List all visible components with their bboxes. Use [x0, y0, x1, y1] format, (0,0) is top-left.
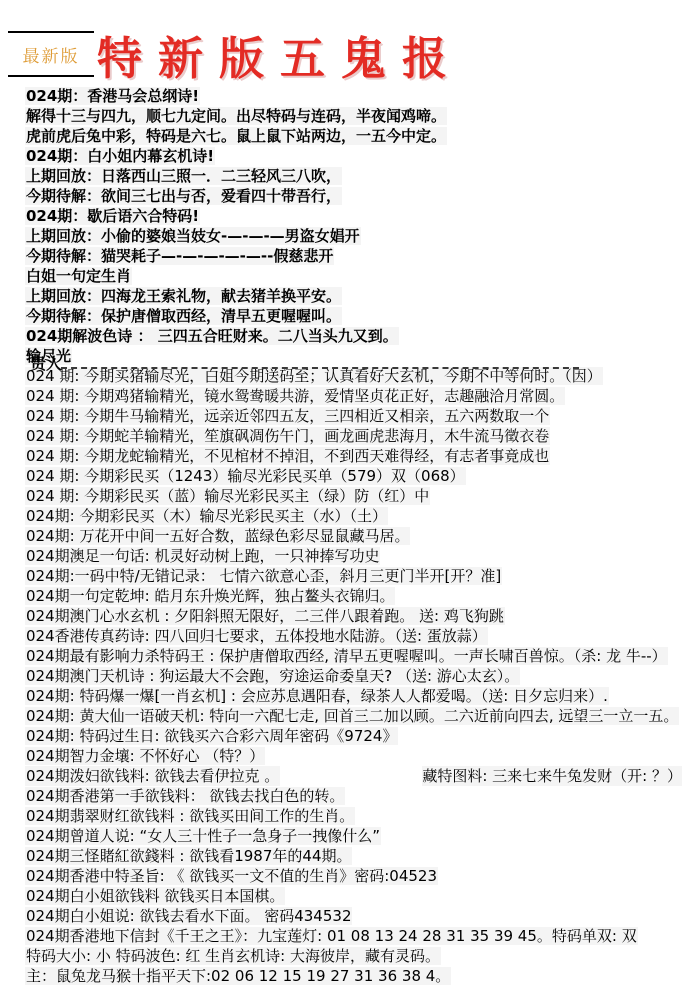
edition-badge: 最新版: [8, 31, 94, 77]
report-line: 今期待解：猫哭耗子—-—-—-—-—--假慈悲开: [25, 246, 684, 266]
report-line: 024期最有影响力杀特码王 : 保护唐僧取西经, 清早五更喔喔叫。一声长啸百兽惊…: [25, 646, 684, 666]
report-line: 024期澳足一句话: 机灵好动树上跑，一只神捧写功史: [25, 546, 684, 566]
report-line-text: 024期泼妇欲钱料: 欲钱去看伊拉克 。: [25, 766, 280, 786]
report-line-text: 024期香港地下信封《千王之王》：九宝莲灯: 01 08 13 24 28 31…: [25, 927, 638, 945]
report-line: 024期解波色诗 ： 三四五合旺财来。二八当头九又到。: [25, 326, 684, 346]
report-line: 024 期: 今期彩民买（1243）输尽光彩民买单（579）双（068）: [25, 466, 684, 486]
report-body: 024期：香港马会总纲诗!解得十三与四九，顺七九定间。出尽特码与连码，半夜闻鸡啼…: [0, 86, 690, 986]
report-line: 024期香港第一手欲钱料： 欲钱去找白色的转。: [25, 786, 684, 806]
report-line-text: 024期翡翠财红欲钱料 : 欲钱买田间工作的生肖。: [25, 807, 355, 825]
report-line: 024期: 今期彩民买（木）输尽光彩民买主（水）（土）: [25, 506, 684, 526]
report-line-text: 024期解波色诗 ： 三四五合旺财来。二八当头九又到。: [25, 327, 399, 345]
report-line: 024期：白小姐内幕玄机诗!: [25, 146, 684, 166]
report-line-text: 024期香港第一手欲钱料： 欲钱去找白色的转。: [25, 787, 345, 805]
report-line: 024 期: 今期彩民买（蓝）输尽光彩民买主（绿）防（红）中: [25, 486, 684, 506]
report-line: 024期一句定乾坤: 皓月东升焕光辉，独占鳌头衣锦归。: [25, 586, 684, 606]
report-line: 024期澳门心水玄机 : 夕阳斜照无限好，二三伴八跟着跑。 送: 鸡飞狗跳: [25, 606, 684, 626]
report-line: 虎前虎后兔中彩，特码是六七。鼠上鼠下站两边，一五今中定。: [25, 126, 684, 146]
report-line: 024 期: 今期牛马输精光，远亲近邻四五友，三四相近又相亲，五六两数取一个: [25, 406, 684, 426]
report-line-text: 白姐一句定生肖: [25, 267, 132, 285]
report-line-text: 024期:一码中特/无错记录： 七情六欲意心歪，斜月三更门半开[开？准]: [25, 567, 502, 585]
report-line-text: 024期智力金壤: 不怀好心 （特？）: [25, 747, 265, 765]
report-line-text: 024期白小姐欲钱料 欲钱买日本国棋。: [25, 887, 285, 905]
report-line: 024期: 万花开中间一五好合数，蓝绿色彩尽显鼠藏马居。: [25, 526, 684, 546]
report-line-text: 024期澳门心水玄机 : 夕阳斜照无限好，二三伴八跟着跑。 送: 鸡飞狗跳: [25, 607, 505, 625]
report-line-text: 024期：香港马会总纲诗!: [25, 87, 200, 105]
report-line-text: 024 期: 今期买猪输尽光，白姐今期送码至；认真看好大玄机，今期不中等何时。（…: [25, 367, 603, 385]
report-line-text: 024 期: 今期龙蛇输精光，不见棺材不掉泪，不到西天难得经，有志者事竟成也: [25, 447, 550, 465]
report-line: 特码大小: 小 特码波色: 红 生肖玄机诗: 大海彼岸，藏有灵码。: [25, 946, 684, 966]
report-line-text: 024期澳足一句话: 机灵好动树上跑，一只神捧写功史: [25, 547, 380, 565]
report-line-text: 上期回放：日落西山三照一．二三轻风三八吹，: [25, 167, 342, 185]
report-line-text: 上期回放：四海龙王索礼物，献去猪羊换平安。: [25, 287, 342, 305]
report-line: 024期香港地下信封《千王之王》：九宝莲灯: 01 08 13 24 28 31…: [25, 926, 684, 946]
report-line-text: 024期香港中特圣旨: 《 欲钱买一文不值的生肖》密码:04523: [25, 867, 438, 885]
report-line: 024期:一码中特/无错记录： 七情六欲意心歪，斜月三更门半开[开？准]: [25, 566, 684, 586]
report-line-text: 今期待解：猫哭耗子—-—-—-—-—--假慈悲开: [25, 247, 334, 265]
report-line-text: 特码大小: 小 特码波色: 红 生肖玄机诗: 大海彼岸，藏有灵码。: [25, 947, 441, 965]
report-line-text: 024期：歇后语六合特码!: [25, 207, 200, 225]
report-line: 今期待解：保护唐僧取西经，清早五更喔喔叫。: [25, 306, 684, 326]
report-line: 024期: 特码爆一爆[一肖玄机] : 会应苏息遇阳春，绿茶人人都爱喝。（送: …: [25, 686, 684, 706]
report-line-text: 024 期: 今期彩民买（蓝）输尽光彩民买主（绿）防（红）中: [25, 487, 430, 505]
report-line: 024期白小姐说: 欲钱去看水下面。 密码434532: [25, 906, 684, 926]
report-line: 024期: 黄大仙一语破天机: 特向一六配七走, 回首三二加以顾。二六近前向四去…: [25, 706, 684, 726]
dashed-rule: [61, 367, 579, 369]
report-line: 024 期: 今期蛇羊输精光，笙旗砜凋伤午门，画龙画虎悲海月，木牛流马徵衣卷: [25, 426, 684, 446]
report-line-text: 虎前虎后兔中彩，特码是六七。鼠上鼠下站两边，一五今中定。: [25, 127, 447, 145]
report-line-text: 024期曾道人说: “女人三十性子一急身子一拽像什么”: [25, 827, 381, 845]
report-line-text: 024 期: 今期彩民买（1243）输尽光彩民买单（579）双（068）: [25, 467, 466, 485]
report-line-text: 024期三怪賭紅欲錢料 : 欲钱看1987年的44期。: [25, 847, 352, 865]
report-line-text: 024 期: 今期蛇羊输精光，笙旗砜凋伤午门，画龙画虎悲海月，木牛流马徵衣卷: [25, 427, 550, 445]
report-line: 上期回放：日落西山三照一．二三轻风三八吹，: [25, 166, 684, 186]
report-line-text: 024期: 黄大仙一语破天机: 特向一六配七走, 回首三二加以顾。二六近前向四去…: [25, 707, 679, 725]
report-line: 024期：香港马会总纲诗!: [25, 86, 684, 106]
report-line: 今期待解：欲间三七出与否，爱看四十带吾行，: [25, 186, 684, 206]
report-line-text: 024期：白小姐内幕玄机诗!: [25, 147, 215, 165]
report-line: 024期香港中特圣旨: 《 欲钱买一文不值的生肖》密码:04523: [25, 866, 684, 886]
report-line-text: 024 期: 今期牛马输精光，远亲近邻四五友，三四相近又相亲，五六两数取一个: [25, 407, 550, 425]
report-line: 024期泼妇欲钱料: 欲钱去看伊拉克 。藏特图料: 三来七来牛兔发财（开: ？）: [25, 766, 684, 786]
report-line: 主：鼠兔龙马猴十指平天下:02 06 12 15 19 27 31 36 38 …: [25, 966, 684, 986]
report-line-text: 024期: 今期彩民买（木）输尽光彩民买主（水）（土）: [25, 507, 388, 525]
report-line-text: 024期一句定乾坤: 皓月东升焕光辉，独占鳌头衣锦归。: [25, 587, 395, 605]
report-line-text: 上期回放：小偷的婆娘当妓女-—-—-—男盗女娼开: [25, 227, 361, 245]
report-line-text: 主：鼠兔龙马猴十指平天下:02 06 12 15 19 27 31 36 38 …: [25, 967, 451, 985]
report-line: 024 期: 今期龙蛇输精光，不见棺材不掉泪，不到西天难得经，有志者事竟成也: [25, 446, 684, 466]
wuguibao-report-page: 最新版 特新版五鬼报 024期：香港马会总纲诗!解得十三与四九，顺七九定间。出尽…: [0, 0, 690, 994]
report-line-text: 024期: 万花开中间一五好合数，蓝绿色彩尽显鼠藏马居。: [25, 527, 410, 545]
report-line-text: 024期: 特码爆一爆[一肖玄机] : 会应苏息遇阳春，绿茶人人都爱喝。（送: …: [25, 687, 609, 705]
report-line-text: 解得十三与四九，顺七九定间。出尽特码与连码，半夜闻鸡啼。: [25, 107, 447, 125]
masthead: 最新版 特新版五鬼报: [0, 0, 690, 86]
report-line: 024香港传真药诗: 四八回归七要求，五体投地水陆游。（送: 蛋放蒜）: [25, 626, 684, 646]
page-title: 特新版五鬼报: [97, 22, 463, 87]
report-line-text: 024期最有影响力杀特码王 : 保护唐僧取西经, 清早五更喔喔叫。一声长啸百兽惊…: [25, 647, 668, 665]
report-line: 024期曾道人说: “女人三十性子一急身子一拽像什么”: [25, 826, 684, 846]
report-line: 解得十三与四九，顺七九定间。出尽特码与连码，半夜闻鸡啼。: [25, 106, 684, 126]
report-line-text: 024期白小姐说: 欲钱去看水下面。 密码434532: [25, 907, 352, 925]
report-line-text: 今期待解：保护唐僧取西经，清早五更喔喔叫。: [25, 307, 342, 325]
report-line: 输尽光贵人: [25, 346, 684, 366]
report-line-text: 024 期: 今期鸡猪输精光，镜水鸳鸯暖共游，爱情坚贞花正好，志趣融洽月常圆。: [25, 387, 565, 405]
report-line: 024期白小姐欲钱料 欲钱买日本国棋。: [25, 886, 684, 906]
report-line: 024期: 特码过生日: 欲钱买六合彩六周年密码《9724》: [25, 726, 684, 746]
report-line: 024期智力金壤: 不怀好心 （特？）: [25, 746, 684, 766]
report-line: 024期：歇后语六合特码!: [25, 206, 684, 226]
report-line: 024 期: 今期买猪输尽光，白姐今期送码至；认真看好大玄机，今期不中等何时。（…: [25, 366, 684, 386]
report-line: 白姐一句定生肖: [25, 266, 684, 286]
report-line: 024期翡翠财红欲钱料 : 欲钱买田间工作的生肖。: [25, 806, 684, 826]
report-line-text: 024香港传真药诗: 四八回归七要求，五体投地水陆游。（送: 蛋放蒜）: [25, 627, 488, 645]
report-line: 024期澳门天机诗 : 狗运最大不会跑，穷途运命委皇天? （送: 游心太玄）。: [25, 666, 684, 686]
report-line-text: 024期: 特码过生日: 欲钱买六合彩六周年密码《9724》: [25, 727, 398, 745]
report-line: 上期回放：四海龙王索礼物，献去猪羊换平安。: [25, 286, 684, 306]
report-line: 上期回放：小偷的婆娘当妓女-—-—-—男盗女娼开: [25, 226, 684, 246]
report-line-text: 今期待解：欲间三七出与否，爱看四十带吾行，: [25, 187, 342, 205]
report-line-right-text: 藏特图料: 三来七来牛兔发财（开: ？）: [422, 766, 682, 786]
report-line: 024 期: 今期鸡猪输精光，镜水鸳鸯暖共游，爱情坚贞花正好，志趣融洽月常圆。: [25, 386, 684, 406]
report-line: 024期三怪賭紅欲錢料 : 欲钱看1987年的44期。: [25, 846, 684, 866]
report-line-text: 024期澳门天机诗 : 狗运最大不会跑，穷途运命委皇天? （送: 游心太玄）。: [25, 667, 520, 685]
